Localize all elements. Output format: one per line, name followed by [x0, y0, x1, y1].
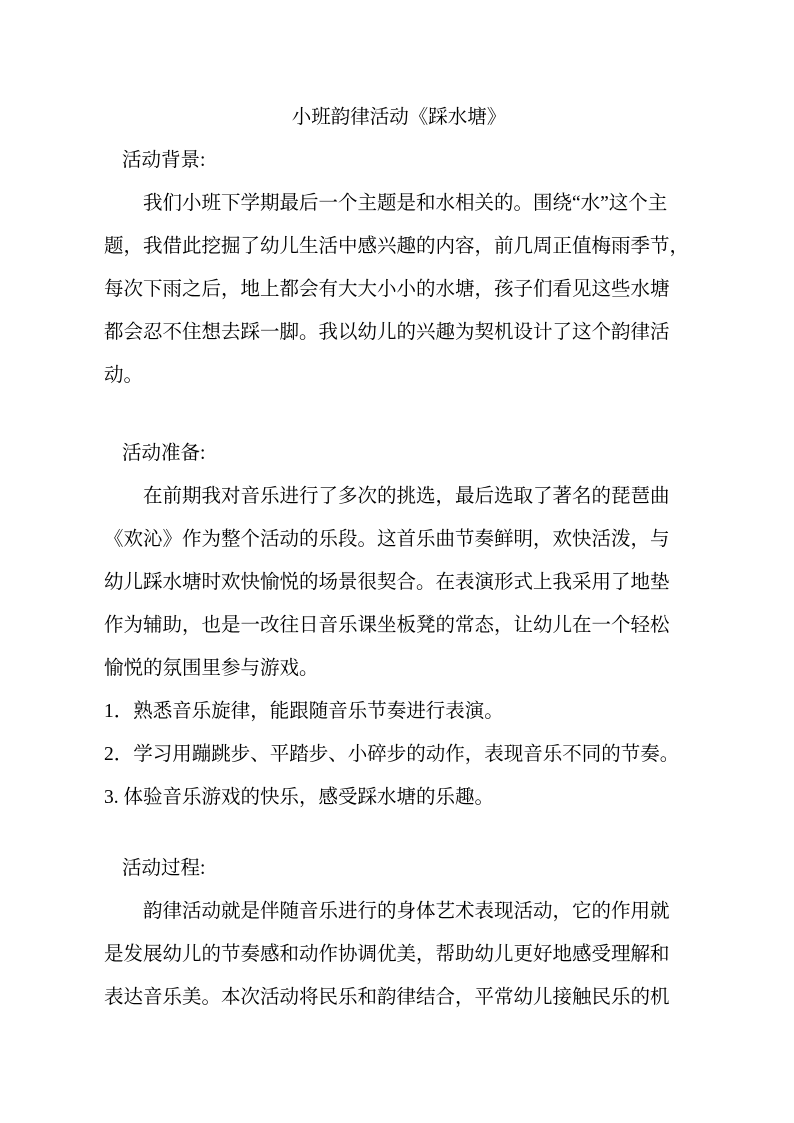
document-page: 小班韵律活动《踩水塘》 活动背景: 我们小班下学期最后一个主题是和水相关的。围绕… [0, 0, 794, 1123]
paragraph-line: 幼儿踩水塘时欢快愉悦的场景很契合。在表演形式上我采用了地垫 [104, 561, 694, 604]
doc-title: 小班韵律活动《踩水塘》 [104, 96, 694, 139]
paragraph-line: 表达音乐美。本次活动将民乐和韵律结合，平常幼儿接触民乐的机 [104, 976, 694, 1019]
list-item: 1．熟悉音乐旋律，能跟随音乐节奏进行表演。 [104, 690, 694, 733]
paragraph-line: 愉悦的氛围里参与游戏。 [104, 647, 694, 690]
paragraph-line: 题，我借此挖掘了幼儿生活中感兴趣的内容，前几周正值梅雨季节， [104, 225, 694, 268]
blank-line [104, 397, 694, 432]
paragraph-line: 作为辅助，也是一改往日音乐课坐板凳的常态，让幼儿在一个轻松 [104, 604, 694, 647]
list-item: 2．学习用蹦跳步、平踏步、小碎步的动作，表现音乐不同的节奏。 [104, 733, 694, 776]
paragraph-line: 在前期我对音乐进行了多次的挑选，最后选取了著名的琵琶曲 [104, 475, 694, 518]
list-item: 3. 体验音乐游戏的快乐，感受踩水塘的乐趣。 [104, 776, 694, 819]
paragraph-line: 是发展幼儿的节奏感和动作协调优美，帮助幼儿更好地感受理解和 [104, 933, 694, 976]
section-heading-preparation: 活动准备: [104, 432, 694, 475]
section-heading-process: 活动过程: [104, 847, 694, 890]
paragraph-line: 我们小班下学期最后一个主题是和水相关的。围绕“水”这个主 [104, 182, 694, 225]
paragraph-line: 动。 [104, 354, 694, 397]
paragraph-line: 韵律活动就是伴随音乐进行的身体艺术表现活动，它的作用就 [104, 890, 694, 933]
paragraph-line: 都会忍不住想去踩一脚。我以幼儿的兴趣为契机设计了这个韵律活 [104, 311, 694, 354]
paragraph-line: 每次下雨之后，地上都会有大大小小的水塘，孩子们看见这些水塘 [104, 268, 694, 311]
blank-line [104, 819, 694, 847]
paragraph-line: 《欢沁》作为整个活动的乐段。这首乐曲节奏鲜明，欢快活泼，与 [104, 518, 694, 561]
section-heading-background: 活动背景: [104, 139, 694, 182]
